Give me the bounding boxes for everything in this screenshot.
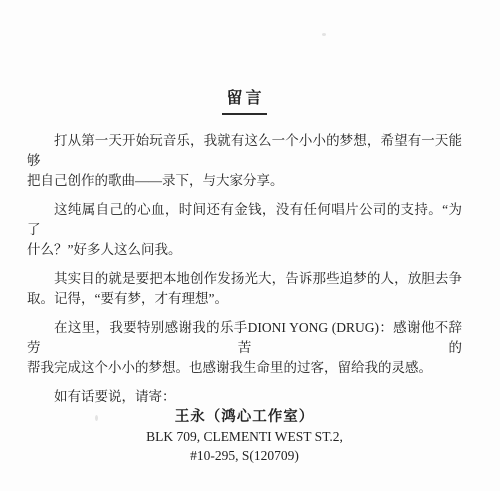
scan-speck bbox=[95, 415, 98, 421]
scan-speck bbox=[322, 33, 326, 36]
scanned-document-page: 留言 打从第一天开始玩音乐，我就有这么一个小小的梦想，希望有一天能够 把自己创作… bbox=[0, 0, 500, 491]
paragraph-line: 这纯属自己的心血，时间还有金钱，没有任何唱片公司的支持。“为了 bbox=[27, 200, 462, 240]
paragraph-line: 在这里，我要特别感谢我的乐手DIONI YONG (DRUG)：感谢他不辞劳苦的 bbox=[27, 318, 462, 358]
paragraph-line: 其实目的就是要把本地创作发扬光大，告诉那些追梦的人，放胆去争 bbox=[27, 269, 462, 289]
paragraph-line: 把自己创作的歌曲——录下，与大家分享。 bbox=[27, 171, 462, 191]
signature-address-line-1: BLK 709, CLEMENTI WEST ST.2, bbox=[27, 427, 462, 446]
signature-address-line-2: #10-295, S(120709) bbox=[27, 446, 462, 465]
paragraph: 这纯属自己的心血，时间还有金钱，没有任何唱片公司的支持。“为了 什么？”好多人这… bbox=[27, 200, 462, 260]
paragraph: 其实目的就是要把本地创作发扬光大，告诉那些追梦的人，放胆去争 取。记得，“要有梦… bbox=[27, 269, 462, 309]
document-title: 留言 bbox=[222, 88, 266, 115]
signature-block: 王永（鸿心工作室） BLK 709, CLEMENTI WEST ST.2, #… bbox=[27, 408, 462, 465]
paragraph: 在这里，我要特别感谢我的乐手DIONI YONG (DRUG)：感谢他不辞劳苦的… bbox=[27, 318, 462, 378]
paragraph-line: 取。记得，“要有梦，才有理想”。 bbox=[27, 289, 462, 309]
paragraph-line: 什么？”好多人这么问我。 bbox=[27, 240, 462, 260]
paragraph: 打从第一天开始玩音乐，我就有这么一个小小的梦想，希望有一天能够 把自己创作的歌曲… bbox=[27, 131, 462, 191]
title-row: 留言 bbox=[27, 88, 462, 115]
paragraph-line: 打从第一天开始玩音乐，我就有这么一个小小的梦想，希望有一天能够 bbox=[27, 131, 462, 171]
paragraph-line: 帮我完成这个小小的梦想。也感谢我生命里的过客，留给我的灵感。 bbox=[27, 358, 462, 378]
signature-name: 王永（鸿心工作室） bbox=[27, 408, 462, 427]
closing-line: 如有话要说，请寄： bbox=[27, 387, 462, 407]
